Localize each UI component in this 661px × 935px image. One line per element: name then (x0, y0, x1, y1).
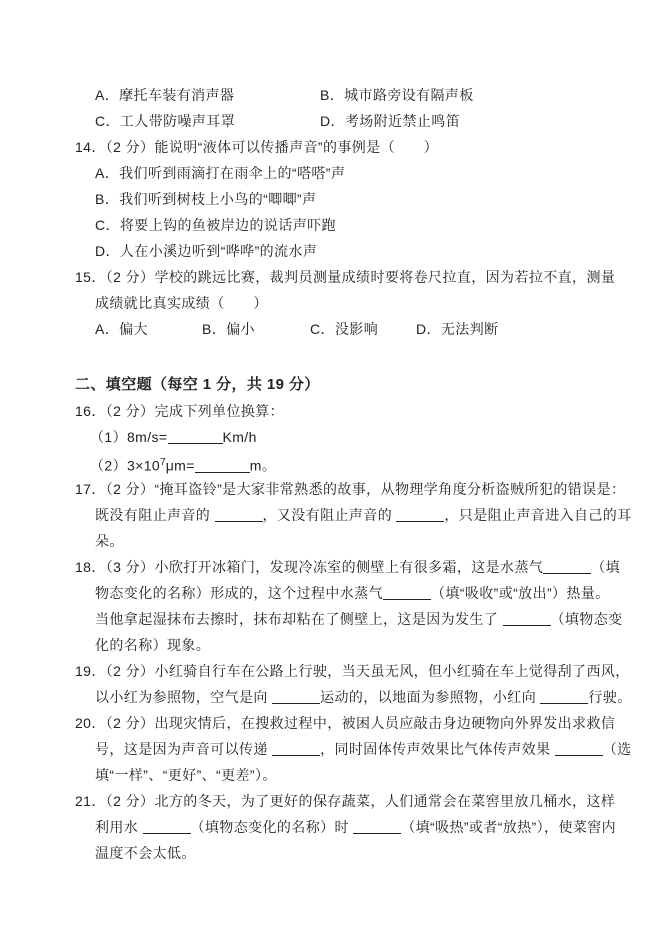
question-14-option-d: D．人在小溪边听到“哗哗”的流水声 (0, 238, 661, 264)
question-18-seg-2: （填 (591, 559, 620, 575)
question-18-line-3: 当他拿起湿抹布去擦时，抹布却粘在了侧壁上，这是因为发生了 （填物态变 (0, 606, 661, 632)
question-20-line-1: 20．（2 分）出现灾情后，在搜救过程中，被困人员应敲击身边硬物向外界发出求救信 (0, 710, 661, 736)
answer-blank (215, 508, 263, 522)
answer-blank (383, 586, 431, 600)
question-16-item-1-text: （1）8m/s= (90, 429, 168, 445)
question-13-option-a: A．摩托车装有消声器 (95, 82, 320, 108)
question-21-seg-2: （填物态变化的名称）时 (191, 819, 354, 835)
question-15-option-c: C．没影响 (310, 316, 416, 342)
question-21-seg-1: 利用水 (95, 819, 143, 835)
question-13-option-c: C．工人带防噪声耳罩 (95, 108, 320, 134)
question-17-line-3: 朵。 (0, 528, 661, 554)
question-20-seg-3: （选 (603, 741, 632, 757)
question-18-line-2: 物态变化的名称）形成的，这个过程中水蒸气（填“吸收”或“放出”）热量。 (0, 580, 661, 606)
answer-blank (503, 612, 551, 626)
question-16-item-2: （2）3×107μm=m。 (0, 450, 661, 476)
answer-blank (396, 508, 444, 522)
question-16-item-1-unit: Km/h (223, 429, 257, 445)
question-18-seg-1: 18．（3 分）小欣打开冰箱门，发现冷冻室的侧壁上有很多霜，这是水蒸气 (75, 559, 543, 575)
question-15-stem-line-2: 成绩就比真实成绩（ ） (0, 290, 661, 316)
question-17-seg-2: ，又没有阻止声音的 (263, 507, 397, 523)
answer-blank (272, 742, 320, 756)
question-17-line-2: 既没有阻止声音的 ，又没有阻止声音的 ，只是阻止声音进入自己的耳 (0, 502, 661, 528)
question-14-option-a: A．我们听到雨滴打在雨伞上的“嗒嗒”声 (0, 160, 661, 186)
question-15-option-a: A．偏大 (95, 316, 202, 342)
question-19-line-2: 以小红为参照物，空气是向 运动的，以地面为参照物，小红向 行驶。 (0, 684, 661, 710)
question-20-seg-2: ，同时固体传声效果比气体传声效果 (320, 741, 555, 757)
question-19-line-1: 19．（2 分）小红骑自行车在公路上行驶，当天虽无风，但小红骑在车上觉得刮了西风… (0, 658, 661, 684)
answer-blank (353, 820, 401, 834)
answer-blank (168, 430, 223, 444)
question-16-item-1: （1）8m/s=Km/h (0, 424, 661, 450)
question-20-line-2: 号，这是因为声音可以传递 ，同时固体传声效果比气体传声效果 （选 (0, 736, 661, 762)
question-17-seg-1: 既没有阻止声音的 (95, 507, 215, 523)
answer-blank (143, 820, 191, 834)
question-18-line-4: 化的名称）现象。 (0, 632, 661, 658)
question-14-stem: 14．（2 分）能说明“液体可以传播声音”的事例是（ ） (0, 134, 661, 160)
answer-blank (543, 560, 591, 574)
question-21-line-1: 21．（2 分）北方的冬天，为了更好的保存蔬菜，人们通常会在菜窖里放几桶水，这样 (0, 788, 661, 814)
exam-paper-page: A．摩托车装有消声器B．城市路旁设有隔声板 C．工人带防噪声耳罩D．考场附近禁止… (0, 0, 661, 935)
question-18-seg-4: （填“吸收”或“放出”）热量。 (431, 585, 610, 601)
question-16-stem: 16．（2 分）完成下列单位换算： (0, 398, 661, 424)
question-13-option-b: B．城市路旁设有隔声板 (320, 87, 474, 103)
question-19-seg-3: 行驶。 (588, 689, 631, 705)
question-15-options-row: A．偏大B．偏小C．没影响D．无法判断 (0, 316, 661, 342)
question-18-line-1: 18．（3 分）小欣打开冰箱门，发现冷冻室的侧壁上有很多霜，这是水蒸气（填 (0, 554, 661, 580)
section-2-title: 二、填空题（每空 1 分，共 19 分） (0, 372, 661, 398)
question-16-item-2-text-2: μm= (166, 458, 195, 474)
question-15-stem-line-1: 15．（2 分）学校的跳远比赛，裁判员测量成绩时要将卷尺拉直，因为若拉不直，测量 (0, 264, 661, 290)
question-19-seg-2: 运动的，以地面为参照物，小红向 (320, 689, 540, 705)
question-18-seg-3: 物态变化的名称）形成的，这个过程中水蒸气 (95, 585, 383, 601)
question-17-line-1: 17．（2 分）“掩耳盗铃”是大家非常熟悉的故事，从物理学角度分析盗贼所犯的错误… (0, 476, 661, 502)
answer-blank (195, 459, 250, 473)
question-13-options-row-1: A．摩托车装有消声器B．城市路旁设有隔声板 (0, 82, 661, 108)
question-18-seg-5: 当他拿起湿抹布去擦时，抹布却粘在了侧壁上，这是因为发生了 (95, 611, 503, 627)
question-20-line-3: 填“一样”、“更好”、“更差”）。 (0, 762, 661, 788)
question-16-item-2-unit: m。 (250, 458, 276, 474)
question-13-options-row-2: C．工人带防噪声耳罩D．考场附近禁止鸣笛 (0, 108, 661, 134)
question-21-line-3: 温度不会太低。 (0, 840, 661, 866)
question-21-seg-3: （填“吸热”或者“放热”），使菜窖内 (401, 819, 616, 835)
question-13-option-d: D．考场附近禁止鸣笛 (320, 113, 460, 129)
question-15-option-b: B．偏小 (202, 316, 310, 342)
question-16-item-2-text: （2）3×10 (90, 458, 160, 474)
question-21-line-2: 利用水 （填物态变化的名称）时 （填“吸热”或者“放热”），使菜窖内 (0, 814, 661, 840)
question-14-option-c: C．将要上钩的鱼被岸边的说话声吓跑 (0, 212, 661, 238)
answer-blank (540, 690, 588, 704)
answer-blank (555, 742, 603, 756)
question-20-seg-1: 号，这是因为声音可以传递 (95, 741, 272, 757)
question-14-option-b: B．我们听到树枝上小鸟的“唧唧”声 (0, 186, 661, 212)
question-19-seg-1: 以小红为参照物，空气是向 (95, 689, 272, 705)
question-18-seg-6: （填物态变 (551, 611, 623, 627)
question-17-seg-3: ，只是阻止声音进入自己的耳 (444, 507, 631, 523)
question-15-option-d: D．无法判断 (416, 321, 499, 337)
answer-blank (272, 690, 320, 704)
